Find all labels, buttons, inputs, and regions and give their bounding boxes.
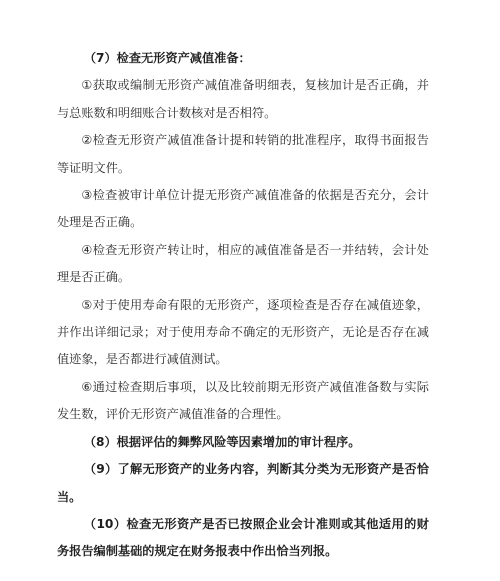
section-heading-8: （8）根据评估的舞弊风险等因素增加的审计程序。 [57,429,429,456]
list-item-5: ⑤对于使用寿命有限的无形资产，逐项检查是否存在减值迹象，并作出详细记录；对于使用… [57,292,429,374]
section-heading-7: （7）检查无形资产减值准备： [57,45,429,72]
document-page: （7）检查无形资产减值准备： ①获取或编制无形资产减值准备明细表，复核加计是否正… [0,0,500,581]
section-heading-9: （9）了解无形资产的业务内容，判断其分类为无形资产是否恰当。 [57,456,429,511]
list-item-6: ⑥通过检查期后事项，以及比较前期无形资产减值准备数与实际发生数，评价无形资产减值… [57,374,429,429]
list-item-3: ③检查被审计单位计提无形资产减值准备的依据是否充分，会计处理是否正确。 [57,182,429,237]
document-body: （7）检查无形资产减值准备： ①获取或编制无形资产减值准备明细表，复核加计是否正… [57,45,429,566]
list-item-2: ②检查无形资产减值准备计提和转销的批准程序，取得书面报告等证明文件。 [57,127,429,182]
section-heading-10: （10）检查无形资产是否已按照企业会计准则或其他适用的财务报告编制基础的规定在财… [57,511,429,566]
list-item-4: ④检查无形资产转让时，相应的减值准备是否一并结转，会计处理是否正确。 [57,237,429,292]
list-item-1: ①获取或编制无形资产减值准备明细表，复核加计是否正确，并与总账数和明细账合计数核… [57,72,429,127]
